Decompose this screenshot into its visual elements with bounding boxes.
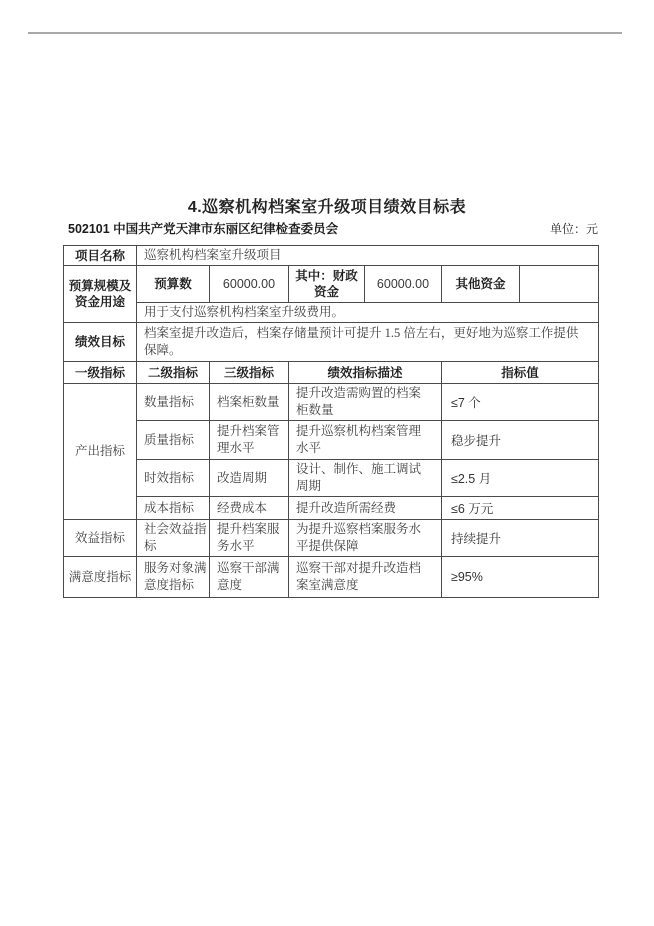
page-title: 4.巡察机构档案室升级项目绩效目标表: [0, 194, 654, 217]
level1-indicator-cell: 满意度指标: [64, 557, 137, 598]
budget-number-value-cell: 60000.00: [210, 266, 289, 303]
level2-indicator-cell: 时效指标: [137, 460, 210, 497]
project-name-label-cell: 项目名称: [64, 246, 137, 266]
level3-indicator-cell: 经费成本: [210, 497, 289, 520]
budget-usage-row: 用于支付巡察机构档案室升级费用。: [64, 303, 599, 323]
level2-indicator-cell: 数量指标: [137, 384, 210, 421]
indicator-row: 质量指标 提升档案管理水平 提升巡察机构档案管理水平 稳步提升: [64, 421, 599, 460]
level3-header-cell: 三级指标: [210, 362, 289, 384]
level1-indicator-cell: 效益指标: [64, 520, 137, 557]
budget-row: 预算规模及资金用途 预算数 60000.00 其中：财政资金 60000.00 …: [64, 266, 599, 303]
indicator-value-cell: ≤2.5 月: [442, 460, 599, 497]
level1-header-cell: 一级指标: [64, 362, 137, 384]
fiscal-funds-label-cell: 其中：财政资金: [289, 266, 365, 303]
budget-section-label-cell: 预算规模及资金用途: [64, 266, 137, 323]
budget-usage-cell: 用于支付巡察机构档案室升级费用。: [137, 303, 599, 323]
indicator-desc-cell: 设计、制作、施工调试周期: [289, 460, 442, 497]
indicator-header-row: 一级指标 二级指标 三级指标 绩效指标描述 指标值: [64, 362, 599, 384]
org-code-line: 502101 中国共产党天津市东丽区纪律检查委员会: [63, 219, 338, 237]
budget-number-label-cell: 预算数: [137, 266, 210, 303]
performance-goal-label-cell: 绩效目标: [64, 323, 137, 362]
level1-indicator-cell: 产出指标: [64, 384, 137, 520]
indicator-value-cell: ≥95%: [442, 557, 599, 598]
level3-indicator-cell: 档案柜数量: [210, 384, 289, 421]
sub-header: 502101 中国共产党天津市东丽区纪律检查委员会 单位：元: [63, 219, 598, 237]
level3-indicator-cell: 提升档案服务水平: [210, 520, 289, 557]
level3-indicator-cell: 巡察干部满意度: [210, 557, 289, 598]
indicator-desc-cell: 为提升巡察档案服务水平提供保障: [289, 520, 442, 557]
level2-indicator-cell: 服务对象满意度指标: [137, 557, 210, 598]
performance-goal-value-cell: 档案室提升改造后，档案存储量预计可提升 1.5 倍左右，更好地为巡察工作提供保障…: [137, 323, 599, 362]
indicator-desc-cell: 提升巡察机构档案管理水平: [289, 421, 442, 460]
indicator-value-cell: 稳步提升: [442, 421, 599, 460]
indicator-row: 产出指标 数量指标 档案柜数量 提升改造需购置的档案柜数量 ≤7 个: [64, 384, 599, 421]
unit-label: 单位：元: [550, 220, 598, 237]
performance-target-table: 项目名称 巡察机构档案室升级项目 预算规模及资金用途 预算数 60000.00 …: [63, 245, 599, 598]
level2-header-cell: 二级指标: [137, 362, 210, 384]
indicator-row: 满意度指标 服务对象满意度指标 巡察干部满意度 巡察干部对提升改造档案室满意度 …: [64, 557, 599, 598]
project-name-row: 项目名称 巡察机构档案室升级项目: [64, 246, 599, 266]
indicator-desc-cell: 提升改造所需经费: [289, 497, 442, 520]
indicator-value-cell: 持续提升: [442, 520, 599, 557]
indicator-desc-header-cell: 绩效指标描述: [289, 362, 442, 384]
project-name-value-cell: 巡察机构档案室升级项目: [137, 246, 599, 266]
indicator-value-cell: ≤7 个: [442, 384, 599, 421]
indicator-row: 成本指标 经费成本 提升改造所需经费 ≤6 万元: [64, 497, 599, 520]
indicator-value-header-cell: 指标值: [442, 362, 599, 384]
level3-indicator-cell: 改造周期: [210, 460, 289, 497]
performance-goal-row: 绩效目标 档案室提升改造后，档案存储量预计可提升 1.5 倍左右，更好地为巡察工…: [64, 323, 599, 362]
other-funds-value-cell: [520, 266, 599, 303]
indicator-desc-cell: 巡察干部对提升改造档案室满意度: [289, 557, 442, 598]
level2-indicator-cell: 成本指标: [137, 497, 210, 520]
level3-indicator-cell: 提升档案管理水平: [210, 421, 289, 460]
indicator-row: 效益指标 社会效益指标 提升档案服务水平 为提升巡察档案服务水平提供保障 持续提…: [64, 520, 599, 557]
fiscal-funds-value-cell: 60000.00: [365, 266, 442, 303]
other-funds-label-cell: 其他资金: [442, 266, 520, 303]
level2-indicator-cell: 质量指标: [137, 421, 210, 460]
top-divider-rule: [28, 32, 622, 34]
indicator-value-cell: ≤6 万元: [442, 497, 599, 520]
indicator-row: 时效指标 改造周期 设计、制作、施工调试周期 ≤2.5 月: [64, 460, 599, 497]
level2-indicator-cell: 社会效益指标: [137, 520, 210, 557]
indicator-desc-cell: 提升改造需购置的档案柜数量: [289, 384, 442, 421]
